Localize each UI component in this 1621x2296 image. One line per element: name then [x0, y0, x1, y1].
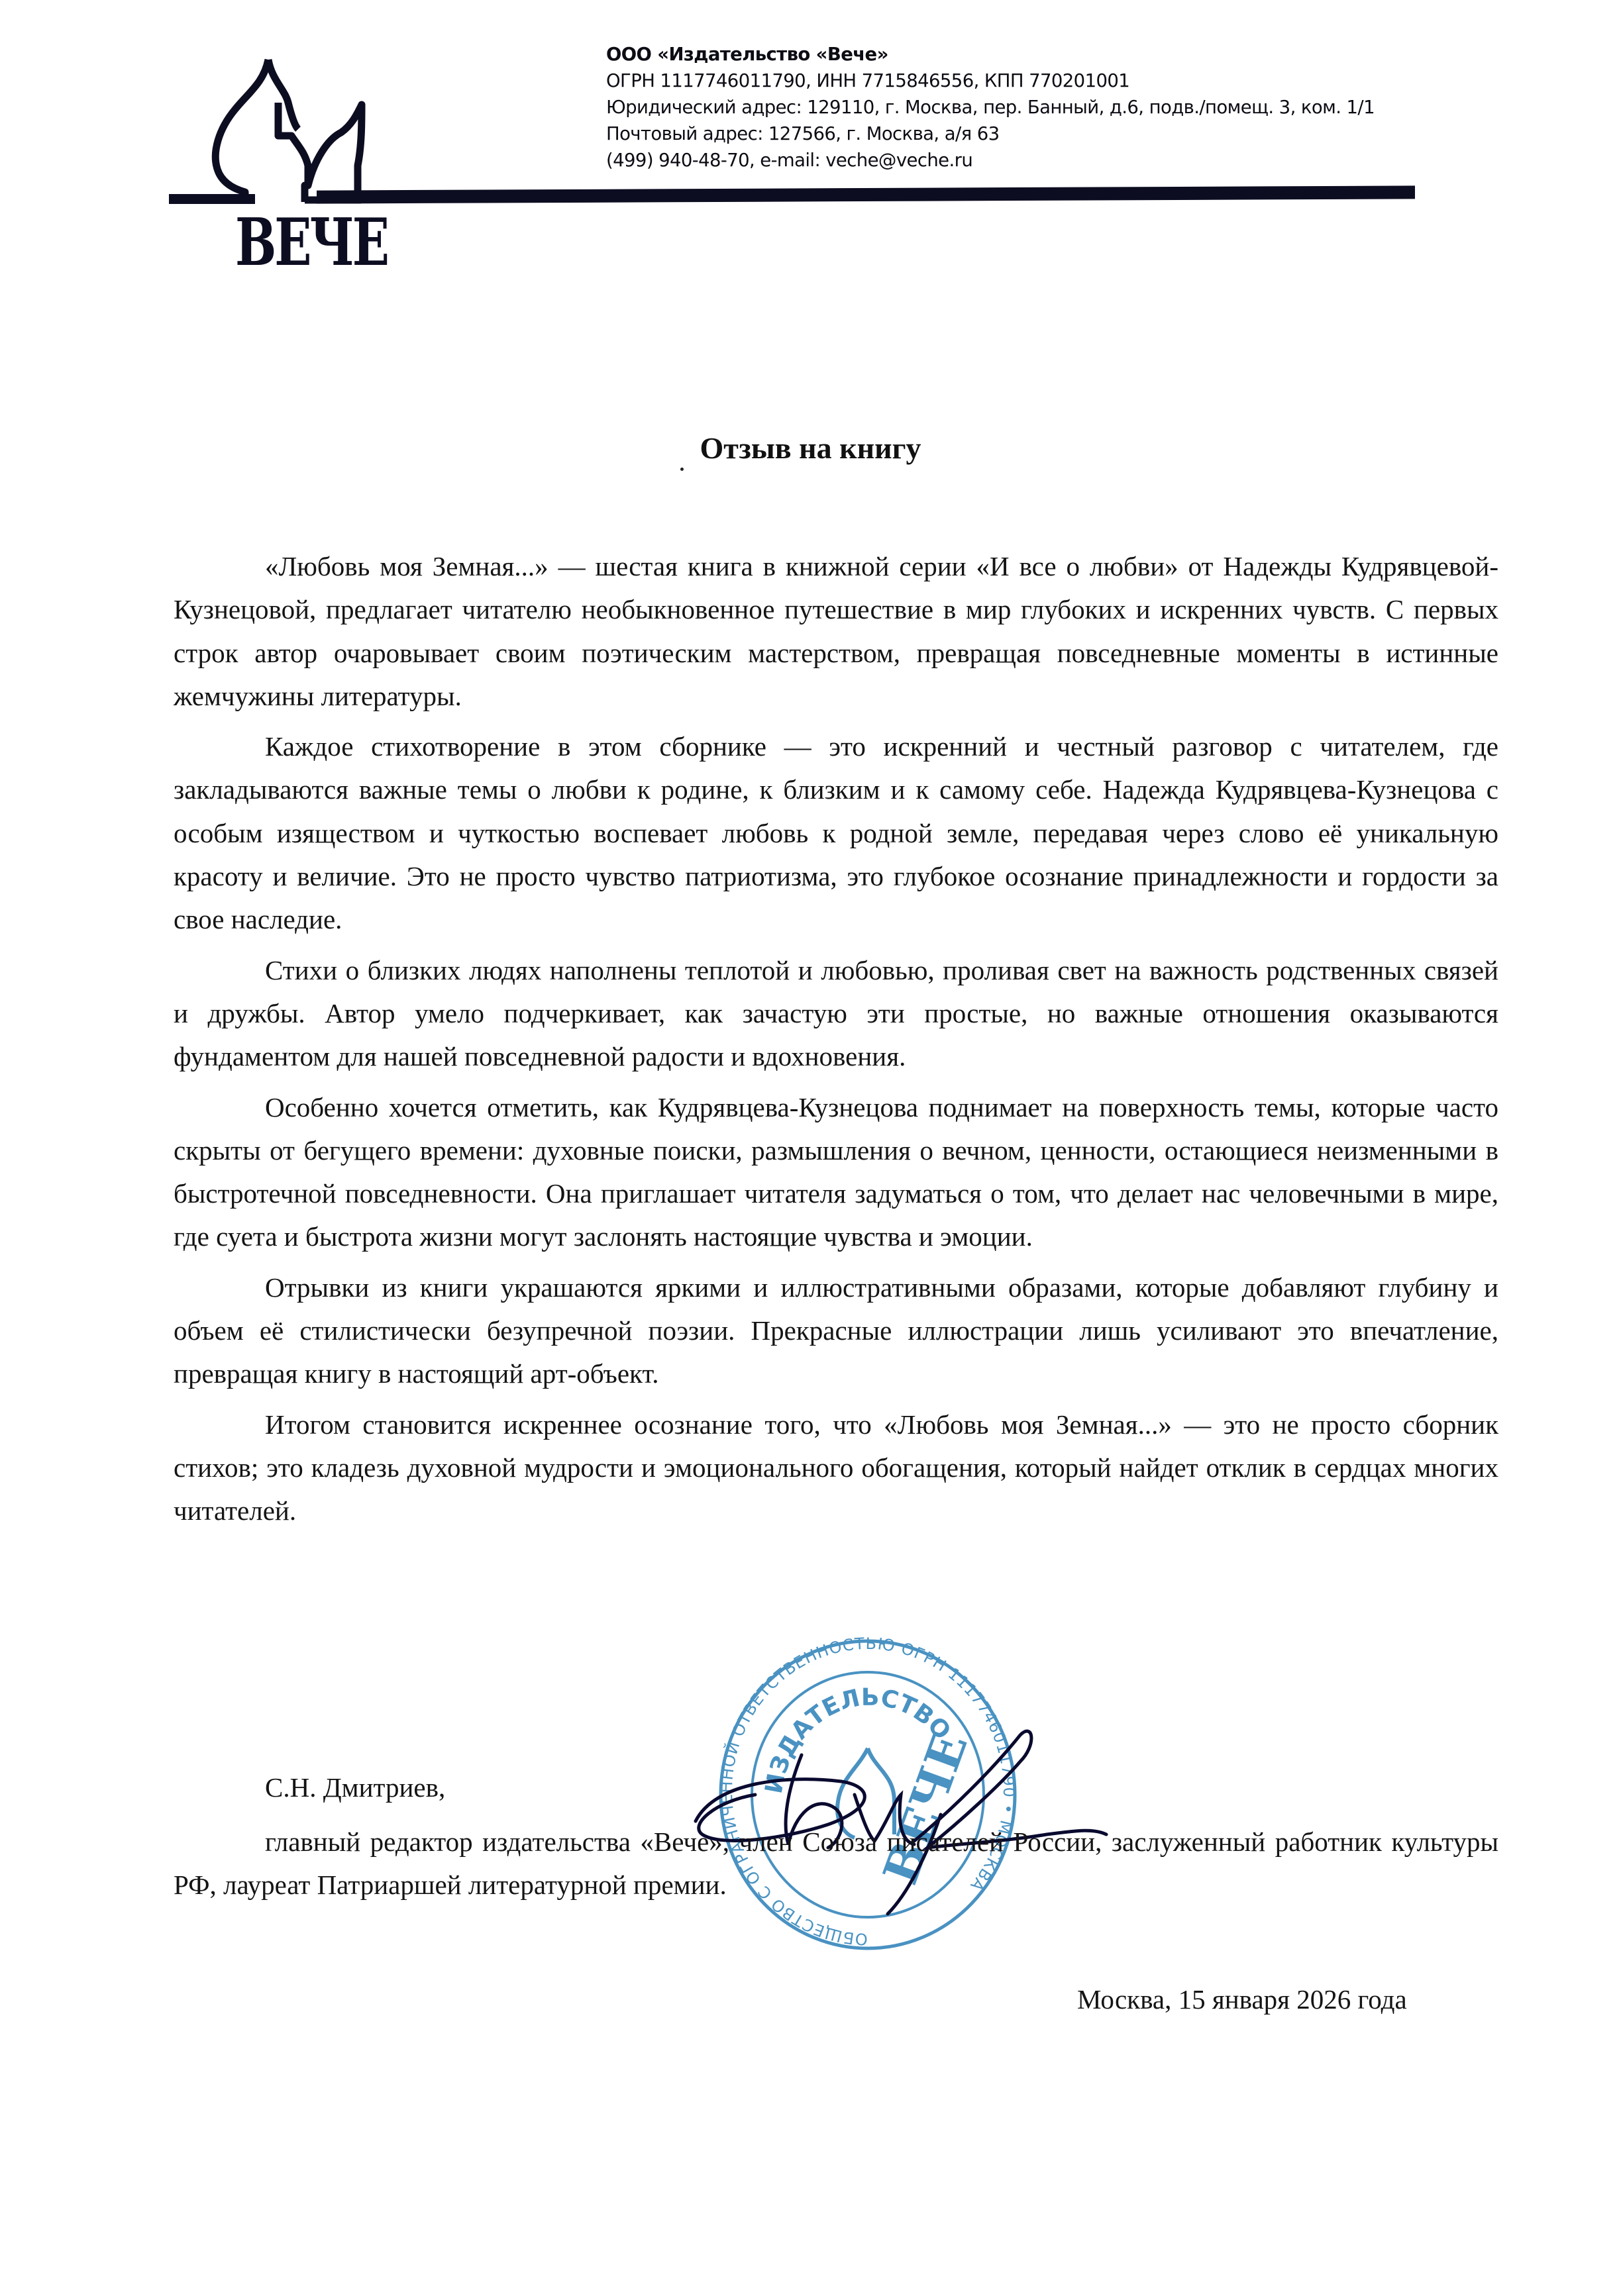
logo-wordmark: ВЕЧЕ	[235, 205, 388, 278]
company-registration: ОГРН 1117746011790, ИНН 7715846556, КПП …	[606, 68, 1375, 94]
paragraph-4: Особенно хочется отметить, как Кудрявцев…	[174, 1086, 1498, 1259]
signer-title: главный редактор издательства «Вече», чл…	[174, 1821, 1498, 1907]
speck	[680, 468, 684, 471]
paragraph-2: Каждое стихотворение в этом сборнике — э…	[174, 725, 1498, 941]
company-details: ООО «Издательство «Вече» ОГРН 1117746011…	[606, 41, 1375, 174]
onion-dome-icon	[215, 60, 362, 202]
paragraph-6: Итогом становится искреннее осознание то…	[174, 1403, 1498, 1533]
legal-address: Юридический адрес: 129110, г. Москва, пе…	[606, 94, 1375, 121]
contacts: (499) 940-48-70, e-mail: veche@veche.ru	[606, 147, 1375, 174]
paragraph-3: Стихи о близких людях наполнены теплотой…	[174, 949, 1498, 1079]
place-and-date: Москва, 15 января 2026 года	[1077, 1983, 1407, 2015]
paragraph-1: «Любовь моя Земная...» — шестая книга в …	[174, 545, 1498, 718]
document-body: «Любовь моя Земная...» — шестая книга в …	[174, 545, 1498, 1533]
header-rule-left	[169, 194, 255, 204]
postal-address: Почтовый адрес: 127566, г. Москва, а/я 6…	[606, 121, 1375, 147]
document-title: Отзыв на книгу	[0, 430, 1621, 466]
veche-logo: ВЕЧЕ	[199, 53, 437, 278]
paragraph-5: Отрывки из книги украшаются яркими и илл…	[174, 1266, 1498, 1396]
header-rule	[317, 185, 1415, 203]
signer-name: С.Н. Дмитриев,	[265, 1772, 445, 1803]
company-name: ООО «Издательство «Вече»	[606, 41, 1375, 68]
